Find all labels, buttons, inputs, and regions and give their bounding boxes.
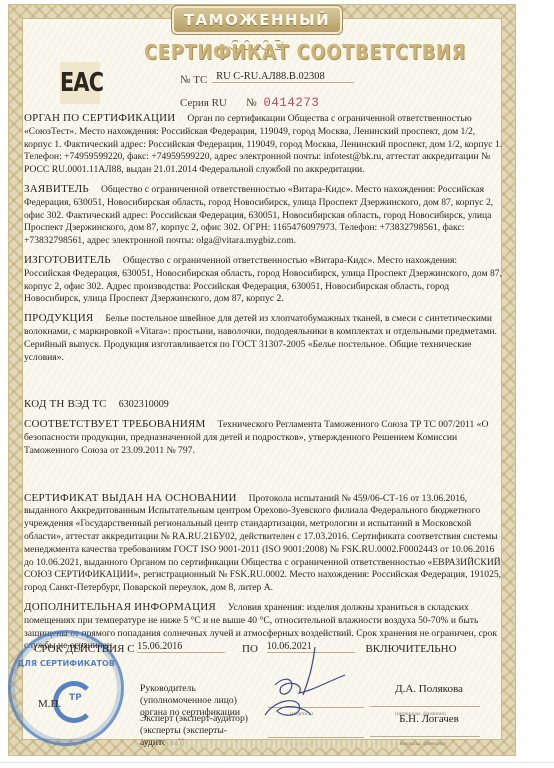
name-line [370,736,480,737]
hs-code-value: 6302310009 [115,399,169,410]
series-row: Серия RU № 0414273 [180,96,319,110]
blank-number-label: № [246,97,257,109]
handwritten-signature-icon [255,645,355,725]
tc-number-value: RU C-RU.АЛ88.В.02308 [212,71,354,83]
section-certification-body: ОРГАН ПО СЕРТИФИКАЦИИОрган по сертификац… [24,112,504,177]
section-label: СООТВЕТСТВУЕТ ТРЕБОВАНИЯМ [24,418,206,430]
series-label: Серия [180,97,209,109]
name-caption: (инициалы, фамилия) [395,738,446,750]
tc-number-row: № ТС RU C-RU.АЛ88.В.02308 [180,74,354,87]
valid-from: 15.06.2016 [137,641,225,653]
page-edge-divider [0,762,554,763]
printer-imprint-strip [165,740,400,748]
seal-label: М.П. [38,698,61,710]
inclusive-label: ВКЛЮЧИТЕЛЬНО [365,643,456,655]
section-product: ПРОДУКЦИЯБелье постельное швейное для де… [24,312,504,364]
blank-number: 0414273 [263,96,319,110]
section-label: СЕРТИФИКАТ ВЫДАН НА ОСНОВАНИИ [24,492,237,504]
signer-name: Д.А. Полякова [380,683,478,695]
validity-label: СРОК ДЕЙСТВИЯ С [34,643,135,655]
section-label: ИЗГОТОВИТЕЛЬ [24,254,111,266]
section-conforms: СООТВЕТСТВУЕТ ТРЕБОВАНИЯМТехнического Ре… [24,418,504,457]
section-label: ЗАЯВИТЕЛЬ [24,183,89,195]
stamp-logo-text: ТР [69,693,82,703]
series-value: RU [212,97,227,109]
signer-name: Б.Н. Логачев [380,713,478,725]
section-label: КОД ТН ВЭД ТС [24,398,107,410]
section-label: ПРОДУКЦИЯ [24,312,93,324]
tc-number-label: № ТС [180,74,207,86]
validity-row: СРОК ДЕЙСТВИЯ С 15.06.2016 ПО 10.06.2021… [34,643,464,656]
section-text: Общество с ограниченной ответственностью… [24,184,493,246]
certificate-body: ОРГАН ПО СЕРТИФИКАЦИИОрган по сертификац… [24,112,504,659]
section-label: ОРГАН ПО СЕРТИФИКАЦИИ [24,112,175,124]
customs-union-banner: ТАМОЖЕННЫЙ СОЮЗ [172,6,342,34]
section-label: ДОПОЛНИТЕЛЬНАЯ ИНФОРМАЦИЯ [24,601,216,613]
name-line [370,706,480,707]
eac-logo: ЕАС [60,62,100,104]
section-text: Протокола испытаний № 459/06-СТ-16 от 13… [24,493,501,594]
section-basis: СЕРТИФИКАТ ВЫДАН НА ОСНОВАНИИПротокола и… [24,492,504,595]
section-hs-code: КОД ТН ВЭД ТС6302310009 [24,398,504,412]
document-title: СЕРТИФИКАТ СООТВЕТСТВИЯ [144,40,466,64]
stamp-text: ДЛЯ СЕРТИФИКАТОВ [11,659,121,668]
section-manufacturer: ИЗГОТОВИТЕЛЬОбщество с ограниченной отве… [24,254,504,306]
section-text: Белье постельное швейное для детей из хл… [24,313,497,362]
section-applicant: ЗАЯВИТЕЛЬОбщество с ограниченной ответст… [24,183,504,248]
